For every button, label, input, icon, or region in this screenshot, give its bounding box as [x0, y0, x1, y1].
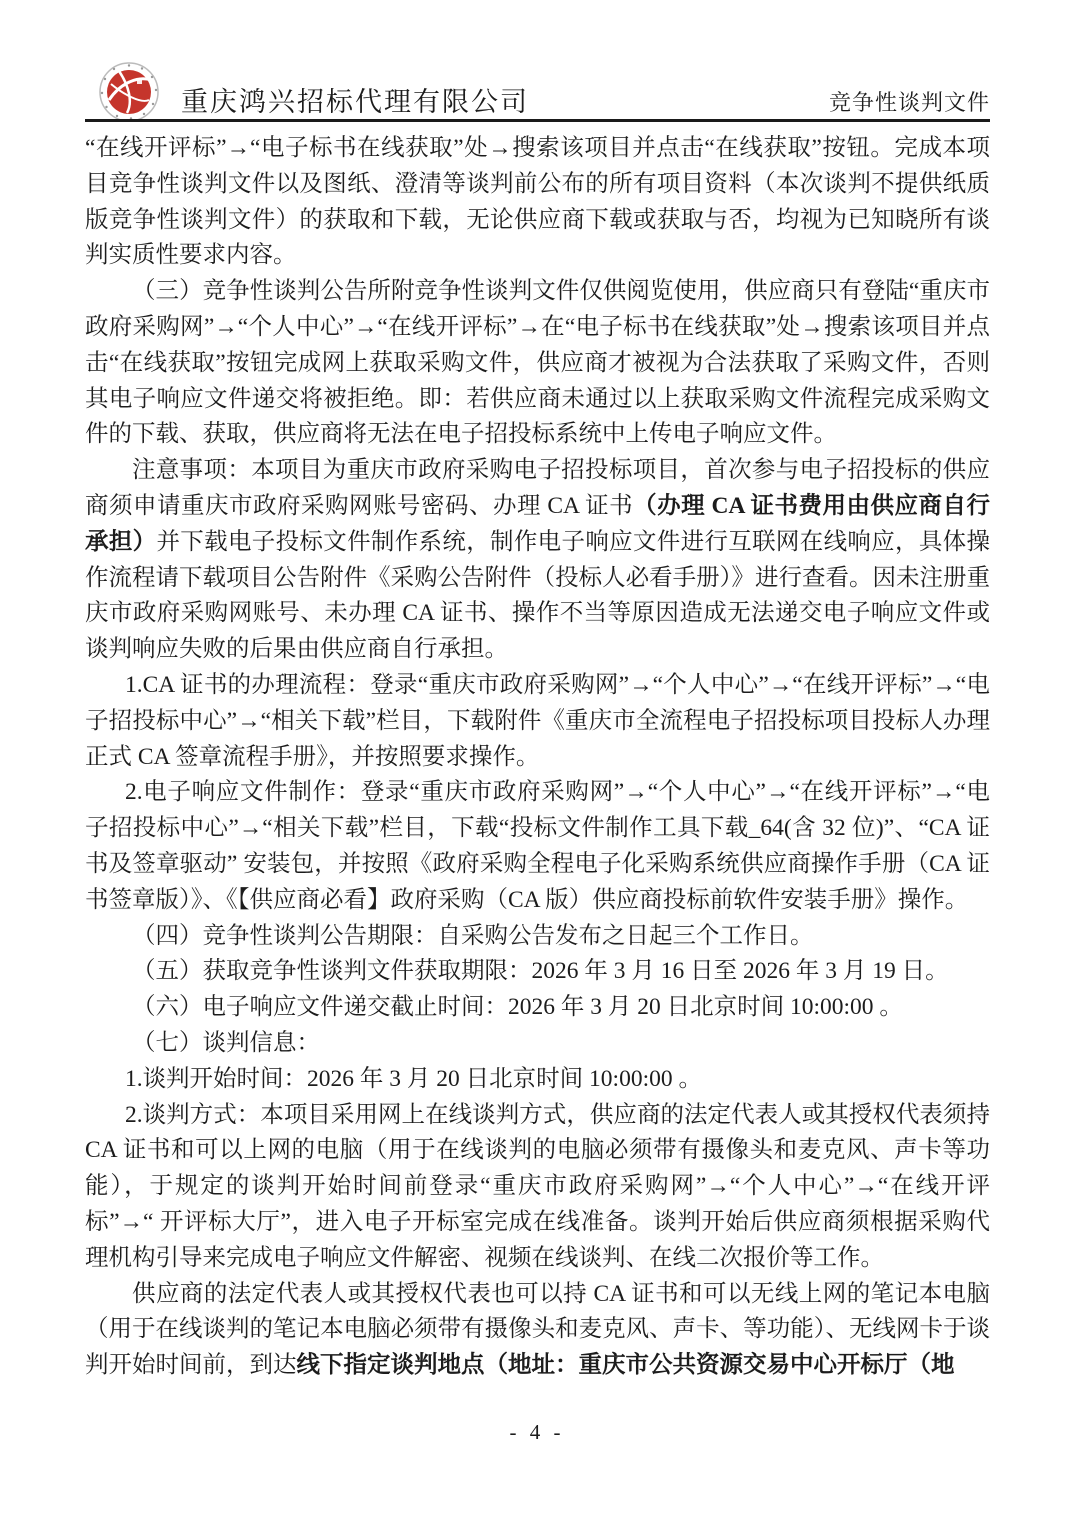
document-type-label: 竞争性谈判文件	[829, 86, 990, 117]
paragraph-item-six: （六）电子响应文件递交截止时间：2026 年 3 月 20 日北京时间 10:0…	[85, 990, 990, 1026]
paragraph-negotiation-method: 2.谈判方式：本项目采用网上在线谈判方式，供应商的法定代表人或其授权代表须持 C…	[85, 1098, 990, 1277]
document-page: 重庆鸿兴招标代理有限公司 竞争性谈判文件 “在线开评标”→“电子标书在线获取”处…	[0, 0, 1074, 1520]
paragraph-online-file-get: “在线开评标”→“电子标书在线获取”处→搜索该项目并点击“在线获取”按钮。完成本…	[85, 131, 990, 274]
page-header: 重庆鸿兴招标代理有限公司 竞争性谈判文件	[85, 60, 990, 118]
notes-rest-text: 并下载电子投标文件制作系统，制作电子响应文件进行互联网在线响应，具体操作流程请下…	[85, 529, 990, 662]
page-number: - 4 -	[0, 1420, 1074, 1445]
paragraph-item-five: （五）获取竞争性谈判文件获取期限：2026 年 3 月 16 日至 2026 年…	[85, 954, 990, 990]
document-body: “在线开评标”→“电子标书在线获取”处→搜索该项目并点击“在线获取”按钮。完成本…	[85, 131, 990, 1384]
paragraph-start-time: 1.谈判开始时间：2026 年 3 月 20 日北京时间 10:00:00 。	[85, 1062, 990, 1098]
paragraph-response-file-make: 2.电子响应文件制作：登录“重庆市政府采购网”→“个人中心”→“在线开评标”→“…	[85, 775, 990, 918]
paragraph-item-four: （四）竞争性谈判公告期限：自采购公告发布之日起三个工作日。	[85, 919, 990, 955]
paragraph-offline-option: 供应商的法定代表人或其授权代表也可以持 CA 证书和可以无线上网的笔记本电脑（用…	[85, 1277, 990, 1384]
paragraph-notes: 注意事项：本项目为重庆市政府采购电子招投标项目，首次参与电子招投标的供应商须申请…	[85, 453, 990, 668]
company-logo-icon	[99, 62, 159, 122]
company-name: 重庆鸿兴招标代理有限公司	[181, 80, 529, 119]
paragraph-ca-process: 1.CA 证书的办理流程：登录“重庆市政府采购网”→“个人中心”→“在线开评标”…	[85, 668, 990, 775]
paragraph-item-three: （三）竞争性谈判公告所附竞争性谈判文件仅供阅览使用，供应商只有登陆“重庆市政府采…	[85, 274, 990, 453]
offline-bold-location: 线下指定谈判地点（地址：重庆市公共资源交易中心开标厅（地	[297, 1352, 955, 1378]
header-divider	[85, 119, 990, 122]
paragraph-item-seven: （七）谈判信息：	[85, 1026, 990, 1062]
